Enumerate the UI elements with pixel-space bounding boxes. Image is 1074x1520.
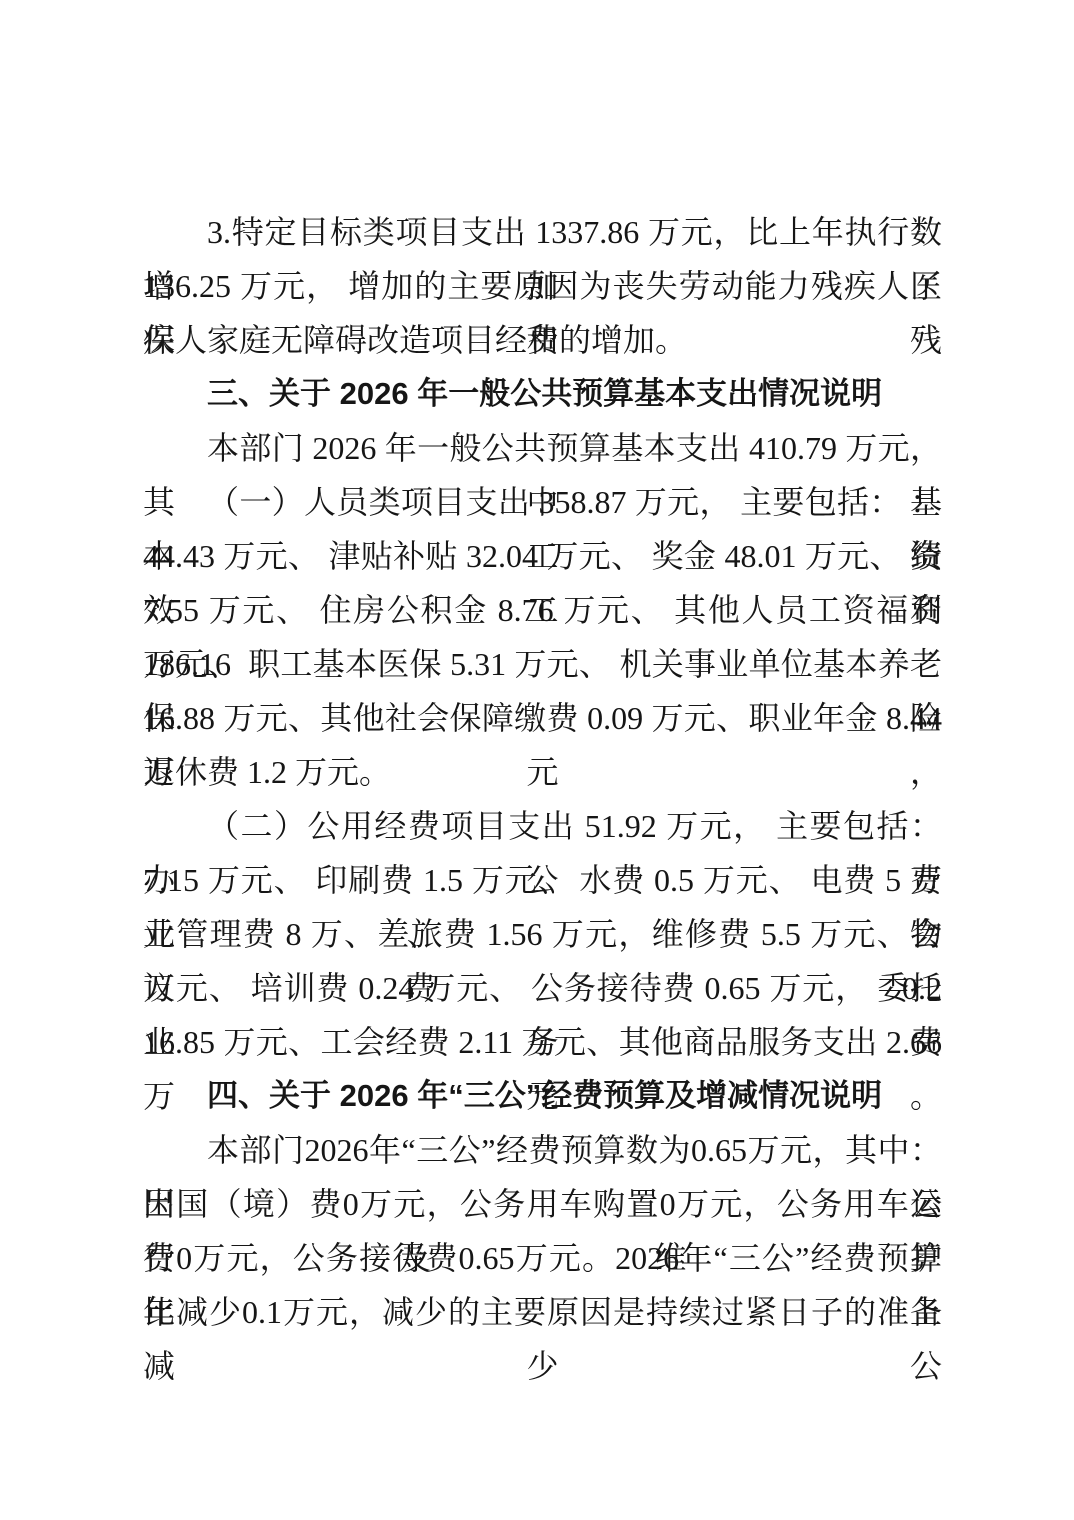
text-line: 万元、 职工基本医保 5.31 万元、 机关事业单位基本养老保险 [143,637,942,691]
section-heading: 四、关于 2026 年“三公”经费预算及增减情况说明 [143,1069,942,1123]
text-line: 万元、 培训费 0.24 万元、 公务接待费 0.65 万元， 委托业务费 [143,961,942,1015]
section-heading: 三、关于 2026 年一般公共预算基本支出情况说明 [143,367,942,421]
text-line: 年减少0.1万元，减少的主要原因是持续过紧日子的准备减少公 [143,1285,942,1339]
document-page: 3.特定目标类项目支出 1337.86 万元，比上年执行数增加了136.25 万… [0,0,1074,1520]
text-line: 业管理费 8 万、差旅费 1.56 万元，维修费 5.5 万元、会议费 0.2 [143,907,942,961]
text-line: 出国（境）费0万元，公务用车购置0万元，公务用车运行及维护 [143,1177,942,1231]
text-line: 16.85 万元、工会经费 2.11 万元、其他商品服务支出 2.66 万元。 [143,1015,942,1069]
text-line: 本部门 2026 年一般公共预算基本支出 410.79 万元， 其中： [143,421,942,475]
text-line: （二）公用经费项目支出 51.92 万元， 主要包括： 办公费 [143,799,942,853]
text-line: 44.43 万元、 津贴补贴 32.04 万元、 奖金 48.01 万元、 绩效… [143,529,942,583]
text-line: （一）人员类项目支出 358.87 万元， 主要包括： 基本工资 [143,475,942,529]
text-line: 7.15 万元、 印刷费 1.5 万元、 水费 0.5 万元、 电费 5 万元、… [143,853,942,907]
text-line: 费0万元，公务接待费0.65万元。2026年“三公”经费预算比上 [143,1231,942,1285]
text-line: 16.88 万元、其他社会保障缴费 0.09 万元、职业年金 8.44 万元， [143,691,942,745]
text-line: 3.特定目标类项目支出 1337.86 万元，比上年执行数增加了 [143,205,942,259]
text-line: 本部门2026年“三公”经费预算数为0.65万元，其中：因公 [143,1123,942,1177]
text-line: 7.55 万元、 住房公积金 8.76 万元、 其他人员工资福利 186.16 [143,583,942,637]
text-block: 3.特定目标类项目支出 1337.86 万元，比上年执行数增加了136.25 万… [143,205,942,1339]
text-line: 136.25 万元， 增加的主要原因为丧失劳动能力残疾人医保和残 [143,259,942,313]
